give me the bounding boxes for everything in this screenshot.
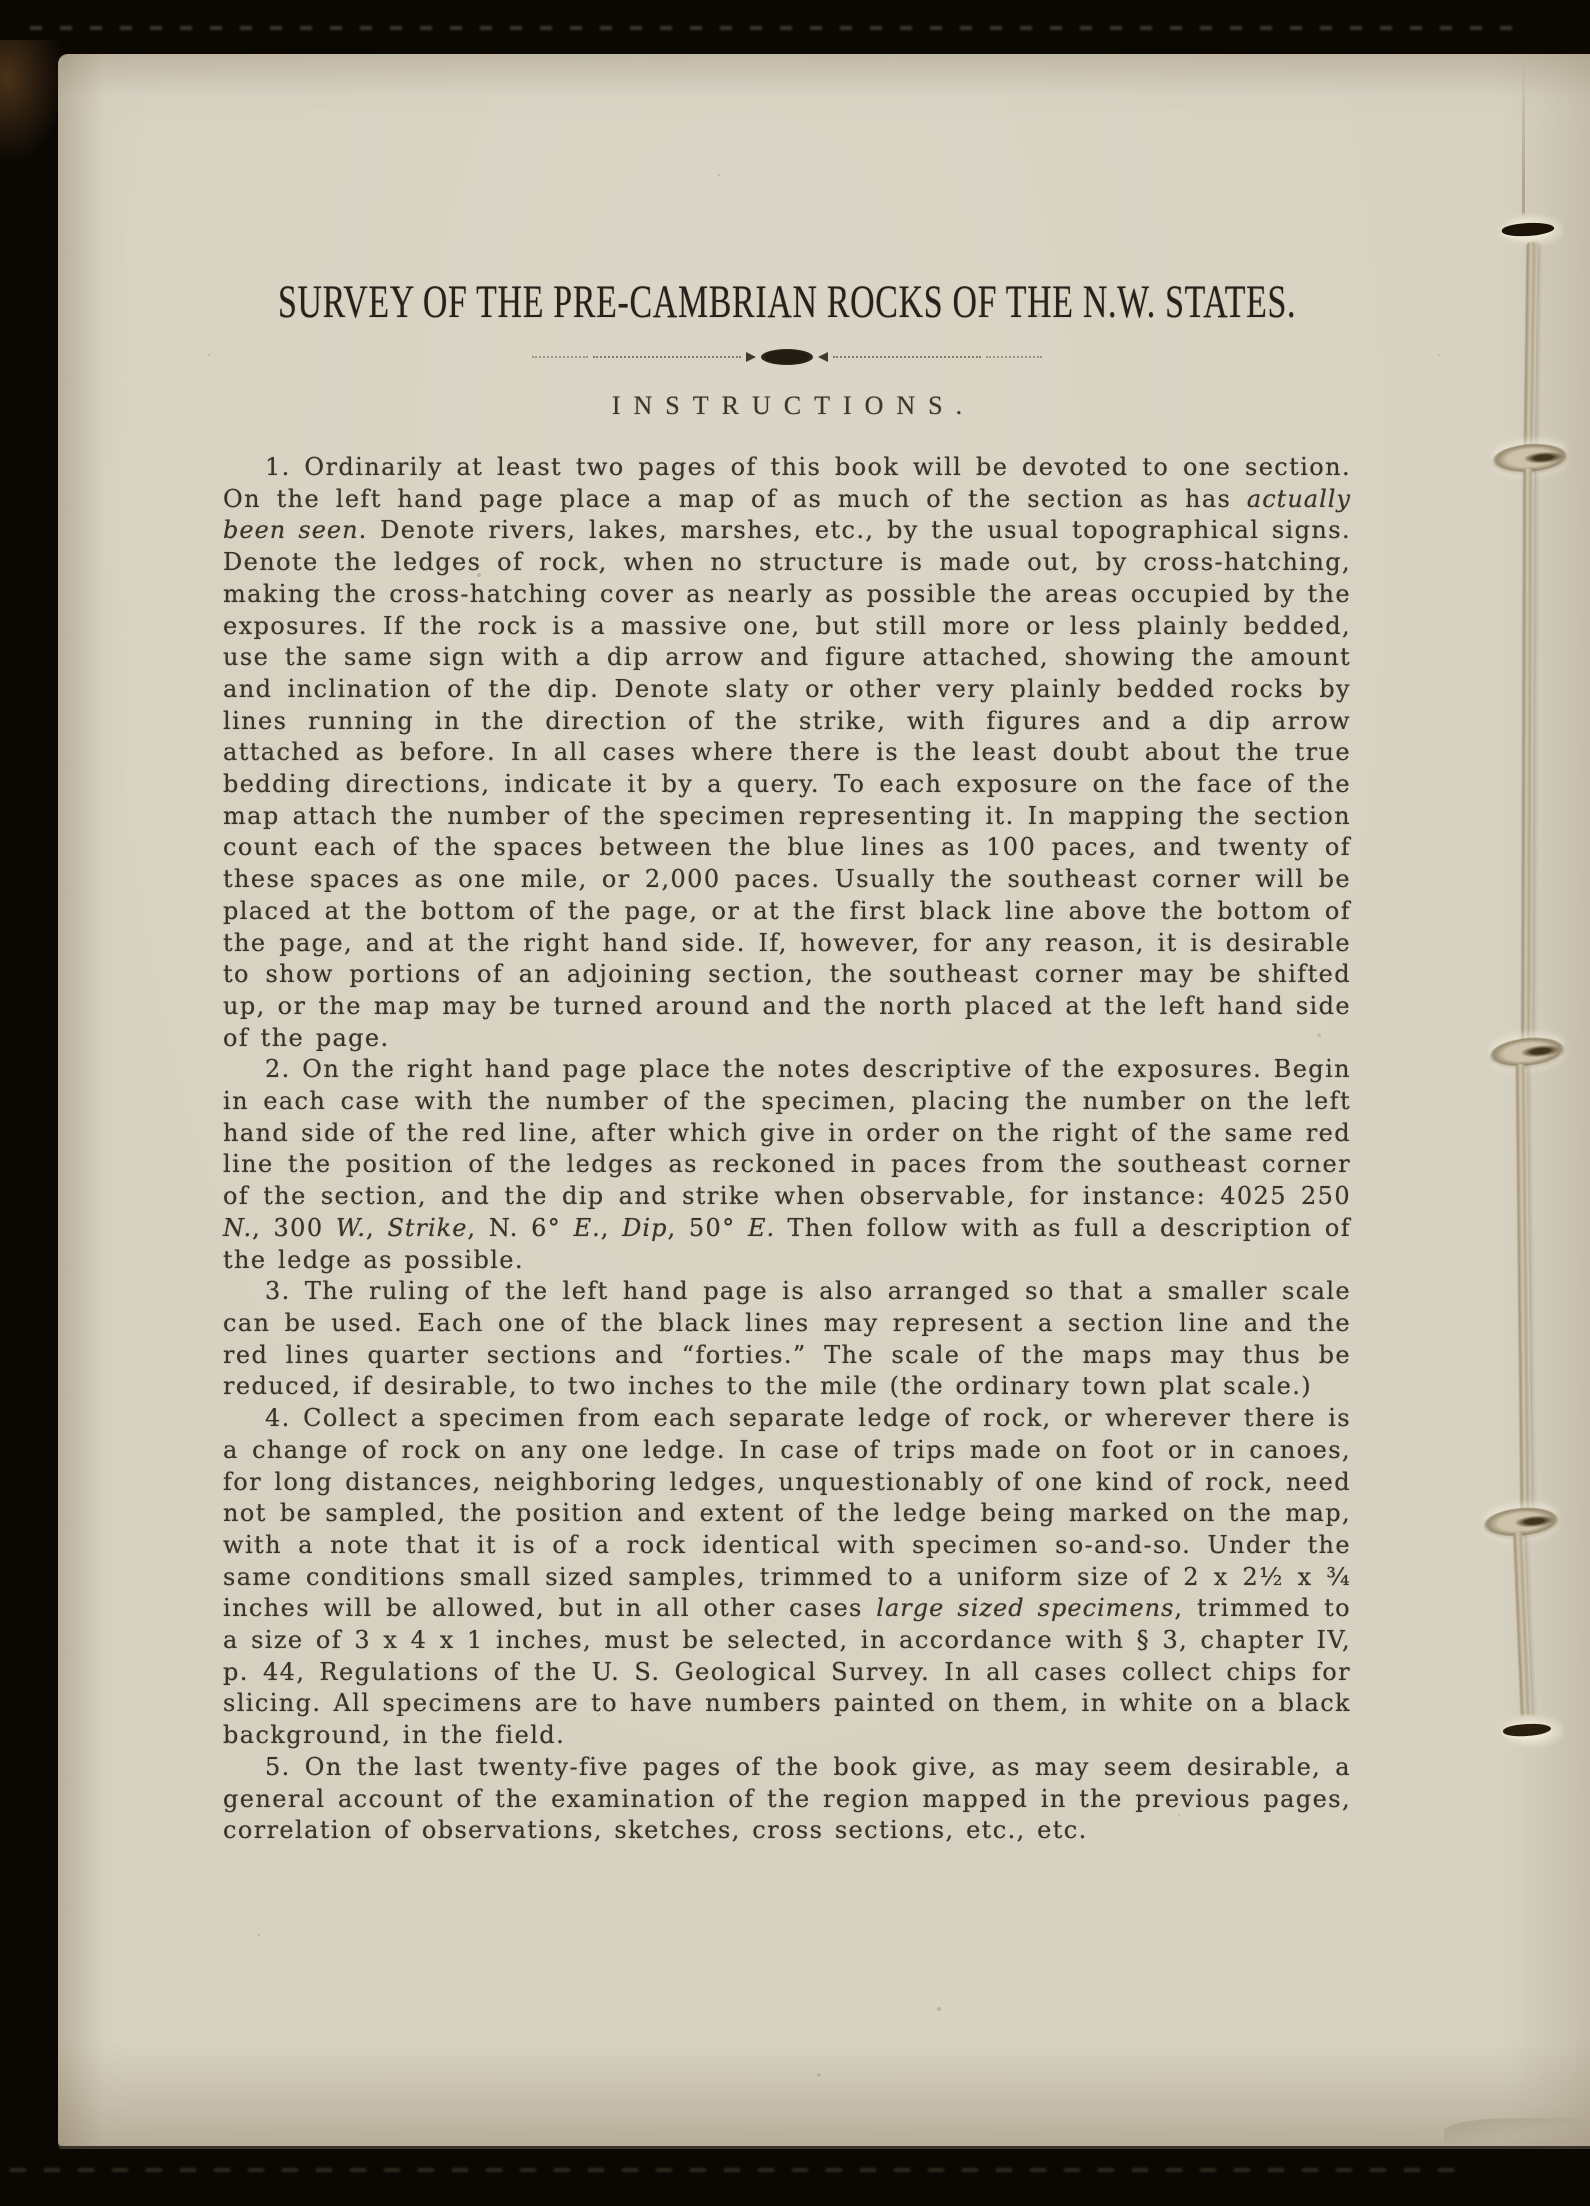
body-text: 3. The ruling of the left hand page is a… (223, 1277, 1351, 1400)
body-text: 2. On the right hand page place the note… (223, 1055, 1351, 1210)
section-heading: INSTRUCTIONS. (223, 390, 1351, 422)
body-text: , N. 6° (467, 1214, 573, 1242)
italic-text: Strike (387, 1214, 467, 1242)
ornament-dash-line (833, 356, 981, 358)
ornament-arrow (818, 352, 828, 362)
title-row: SURVEY OF THE PRE-CAMBRIAN ROCKS OF THE … (223, 276, 1351, 328)
italic-text: W. (336, 1214, 366, 1242)
italic-text: large sized specimens (876, 1594, 1174, 1622)
body-text: , (601, 1214, 622, 1242)
italic-text: Dip (622, 1214, 667, 1242)
instruction-paragraph-5: 5. On the last twenty-five pages of the … (223, 1752, 1351, 1847)
page-wrinkle (1444, 2118, 1590, 2144)
body-text: , 300 (252, 1214, 336, 1242)
ornament-dash-line (532, 356, 588, 358)
ornament-arrow (746, 352, 756, 362)
body-text: 1. Ordinarily at least two pages of this… (223, 453, 1351, 513)
instructions-body: 1. Ordinarily at least two pages of this… (223, 452, 1351, 1847)
ornament-divider (223, 346, 1351, 368)
italic-text: E. (748, 1214, 775, 1242)
instruction-paragraph-1: 1. Ordinarily at least two pages of this… (223, 452, 1351, 1054)
body-text: , 50° (667, 1214, 748, 1242)
book-page: SURVEY OF THE PRE-CAMBRIAN ROCKS OF THE … (58, 54, 1590, 2146)
instruction-paragraph-3: 3. The ruling of the left hand page is a… (223, 1276, 1351, 1403)
italic-text: N. (223, 1214, 252, 1242)
body-text: , (366, 1214, 387, 1242)
page-title: SURVEY OF THE PRE-CAMBRIAN ROCKS OF THE … (278, 276, 1296, 328)
binding-crease (1522, 56, 1525, 222)
cover-edge-texture-bottom (10, 2168, 1470, 2172)
ornament-dash-line (986, 356, 1042, 358)
body-text: 4. Collect a specimen from each separate… (223, 1404, 1351, 1622)
italic-text: E. (574, 1214, 601, 1242)
ornament-center-blob (761, 349, 813, 365)
instruction-paragraph-2: 2. On the right hand page place the note… (223, 1054, 1351, 1276)
body-text: 5. On the last twenty-five pages of the … (223, 1753, 1351, 1844)
cover-edge-texture-top (30, 26, 1530, 30)
binding-thread-segment (1520, 468, 1534, 1050)
book-photo: SURVEY OF THE PRE-CAMBRIAN ROCKS OF THE … (0, 0, 1590, 2206)
ornament-dash-line (593, 356, 741, 358)
page-text-column: SURVEY OF THE PRE-CAMBRIAN ROCKS OF THE … (223, 276, 1351, 1847)
instruction-paragraph-4: 4. Collect a specimen from each separate… (223, 1403, 1351, 1752)
paper-specks (58, 54, 60, 56)
body-text: . Denote rivers, lakes, marshes, etc., b… (223, 516, 1351, 1051)
binding-stitch-hole-bottom (1494, 1714, 1564, 1748)
